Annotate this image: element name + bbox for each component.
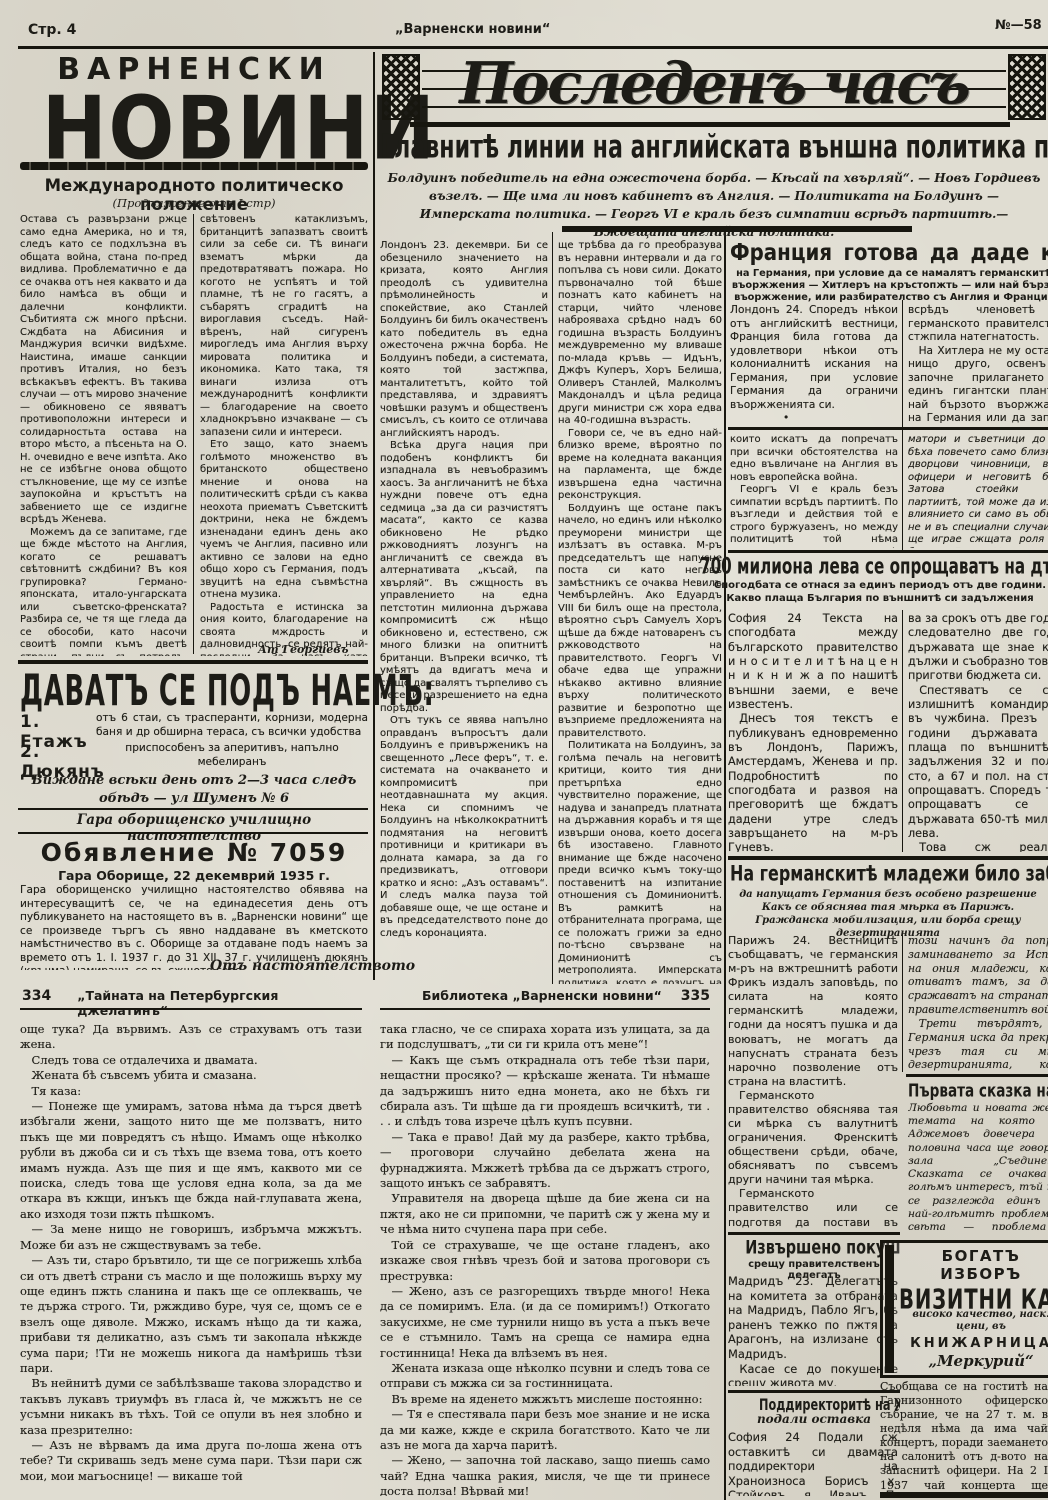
resign-body: София 24 Подали сж оставкитѣ си двамата … xyxy=(728,1430,898,1496)
notice-title: Обявление № 7059 xyxy=(20,838,368,867)
subhead-separator-bar xyxy=(562,226,912,232)
youth-column-1: Парижъ 24. Вестницитѣ съобщаватъ, че гер… xyxy=(728,934,898,1230)
rent-viewing-hours: Виждане всѣки день отъ 2—3 часа следъ об… xyxy=(20,772,368,807)
lead-column-1: Лондонъ 23. декември. Би се обезценило з… xyxy=(380,240,548,984)
loan-subhead: Спогодбата се отнася за единъ периодъ от… xyxy=(712,580,1048,605)
resign-top-rule xyxy=(728,1390,900,1393)
king-column-1: които искатъ да попречатъ при всички обс… xyxy=(730,434,898,548)
intl-article-author: Ат Георгиевъ xyxy=(258,643,348,656)
divider-col1-col2 xyxy=(552,232,553,984)
intl-article-subtitle: (Продължение отъ I стр) xyxy=(20,196,368,210)
mercury-ad-left-bar xyxy=(885,1245,894,1373)
lecture-body: Любовьта и новата жена е темата на която… xyxy=(908,1102,1048,1230)
intl-article-column-1: Остава съ развързани ржце само една Амер… xyxy=(20,214,187,656)
lead-headline-wrap: Главнитѣ линии на английската външна пол… xyxy=(380,129,1048,167)
rent-ad-title: ДАВАТЪ СЕ ПОДЪ НАЕМЪ: xyxy=(20,666,435,716)
mercury-line-bookstore: КНИЖАРНИЦА xyxy=(899,1336,1048,1351)
france-headline-wrap: Франция готова да даде колонии xyxy=(730,240,1048,266)
serial-right-header: Библиотека „Варненски новини“ 335 xyxy=(382,988,710,1004)
serial-text-right: така гласно, че се спираха хората изъ ул… xyxy=(380,1022,710,1496)
notice-rule-top xyxy=(18,808,368,810)
mercury-ad-content: БОГАТЪ ИЗБОРЪ ВИЗИТНИ КАРТИ високо качес… xyxy=(899,1247,1048,1370)
serial-right-page-number: 335 xyxy=(681,988,710,1004)
divider-right-sub2 xyxy=(902,610,903,852)
issue-number: №—58 xyxy=(995,18,1042,33)
rent-item-2-text: приспособенъ за аперитивъ, напълно мебел… xyxy=(96,742,368,770)
mercury-line-quality: високо качество, наск. цени, въ xyxy=(899,1309,1048,1333)
banner-left-ornament xyxy=(382,54,420,120)
attack-top-rule xyxy=(728,1232,900,1235)
serial-left-header-rule xyxy=(20,1008,362,1010)
serial-left-title: „Тайната на Петербургския джелатинъ“ xyxy=(77,988,362,1018)
notice-dateline: Гара Оборище, 22 декемврий 1935 г. xyxy=(20,868,368,883)
youth-headline: На германскитѣ младежи било забранено xyxy=(730,862,1048,886)
mercury-line-visit-cards: ВИЗИТНИ КАРТИ xyxy=(899,1283,1048,1309)
resign-headline-wrap: Поддиректоритѣ на Храноизноса xyxy=(728,1394,900,1414)
intl-article-column-2: свѣтовенъ катаклизъмъ, британцитѣ запазв… xyxy=(200,214,368,656)
intl-column-divider xyxy=(193,214,194,654)
loan-column-1: София 24 Текста на спогодбата между бълг… xyxy=(728,612,898,852)
mercury-line-name: „Меркурий“ xyxy=(899,1352,1048,1370)
loan-headline: 700 милиона лева се опрощаватъ на държав… xyxy=(700,554,1048,578)
newspaper-page: Стр. 4 „Варненски новини“ №—58 ВАРНЕНСКИ… xyxy=(0,0,1048,1500)
lecture-headline-wrap: Първата сказка на Аджемовъ xyxy=(908,1080,1048,1100)
newspaper-name-running-title: „Варненски новини“ xyxy=(395,22,550,37)
youth-subhead: да напущатъ Германия безъ особено разреш… xyxy=(728,888,1048,940)
lecture-headline: Първата сказка на Аджемовъ xyxy=(908,1080,1048,1100)
divider-col2-right xyxy=(724,232,726,1500)
resign-subhead: подали оставка xyxy=(728,1412,900,1426)
banner-script-title: Последенъ часъ xyxy=(422,50,1006,117)
divider-right-sub1 xyxy=(902,300,903,550)
youth-headline-wrap: На германскитѣ младежи било забранено xyxy=(730,862,1048,886)
banner: Последенъ часъ xyxy=(382,54,1046,120)
rent-ad: ДАВАТЪ СЕ ПОДЪ НАЕМЪ: xyxy=(20,666,368,706)
france-column-1: Лондонъ 24. Споредъ нѣкои отъ английскит… xyxy=(730,304,898,424)
mercury-ad: БОГАТЪ ИЗБОРЪ ВИЗИТНИ КАРТИ високо качес… xyxy=(880,1240,1048,1378)
top-rule xyxy=(18,46,1048,49)
notice-rule-bottom xyxy=(18,832,368,834)
attack-headline: Извършено покушение xyxy=(745,1237,900,1259)
masthead: ВАРНЕНСКИ НОВИНИ xyxy=(20,52,368,168)
banner-right-ornament xyxy=(1008,54,1046,120)
rent-item-1-text: отъ 6 стаи, съ трасперанти, корнизи, мод… xyxy=(96,712,368,742)
masthead-line2: НОВИНИ xyxy=(42,89,437,170)
banner-bottom-bar xyxy=(410,122,1010,127)
serial-right-title: Библиотека „Варненски новини“ xyxy=(382,988,662,1003)
lead-headline: Главнитѣ линии на английската външна пол… xyxy=(380,129,1048,166)
serial-text-left: още тука? Да вървимъ. Азъ се страхувамъ … xyxy=(20,1022,362,1496)
serial-left-page-number: 334 xyxy=(22,988,51,1004)
loan-top-rule xyxy=(728,550,1048,553)
france-column-2: всрѣдъ членоветѣ на германското правител… xyxy=(908,304,1048,424)
attack-body: Мадридъ 23. Делегатътъ на комитета за от… xyxy=(728,1274,898,1386)
mercury-line-rich-choice: БОГАТЪ ИЗБОРЪ xyxy=(899,1247,1048,1283)
loan-column-2: ва за срокъ отъ две години, следователно… xyxy=(908,612,1048,852)
divider-left-main xyxy=(373,52,375,980)
page-number-label: Стр. 4 xyxy=(28,22,76,38)
attack-headline-wrap: Извършено покушение xyxy=(728,1237,900,1259)
bottom-right-bar xyxy=(880,1492,1048,1498)
loan-headline-wrap: 700 милиона лева се опрощаватъ на държав… xyxy=(700,554,1048,578)
france-subhead: на Германия, при условие да се намалятъ … xyxy=(728,268,1048,303)
france-bottom-rule xyxy=(728,427,1048,430)
masthead-underline xyxy=(20,162,368,170)
youth-column-2: този начинъ да попрѣчи заминаването за И… xyxy=(908,934,1048,1072)
garrison-notice: Съобщава се на гоститѣ на Гарнизонното о… xyxy=(880,1380,1048,1490)
france-headline: Франция готова да даде колонии xyxy=(730,240,1048,266)
youth-top-rule xyxy=(728,856,1048,860)
lead-column-2: ще трѣбва да го преобразува въ неравни и… xyxy=(558,240,722,984)
serial-right-header-rule xyxy=(380,1008,710,1010)
serial-left-header: 334 „Тайната на Петербургския джелатинъ“ xyxy=(22,988,362,1018)
lecture-top-rule xyxy=(906,1074,1048,1077)
king-column-2: матори и съветници до сега бѣха повечето… xyxy=(908,434,1048,548)
rent-ad-top-rule xyxy=(18,660,368,664)
divider-right-sub3 xyxy=(902,932,903,1072)
